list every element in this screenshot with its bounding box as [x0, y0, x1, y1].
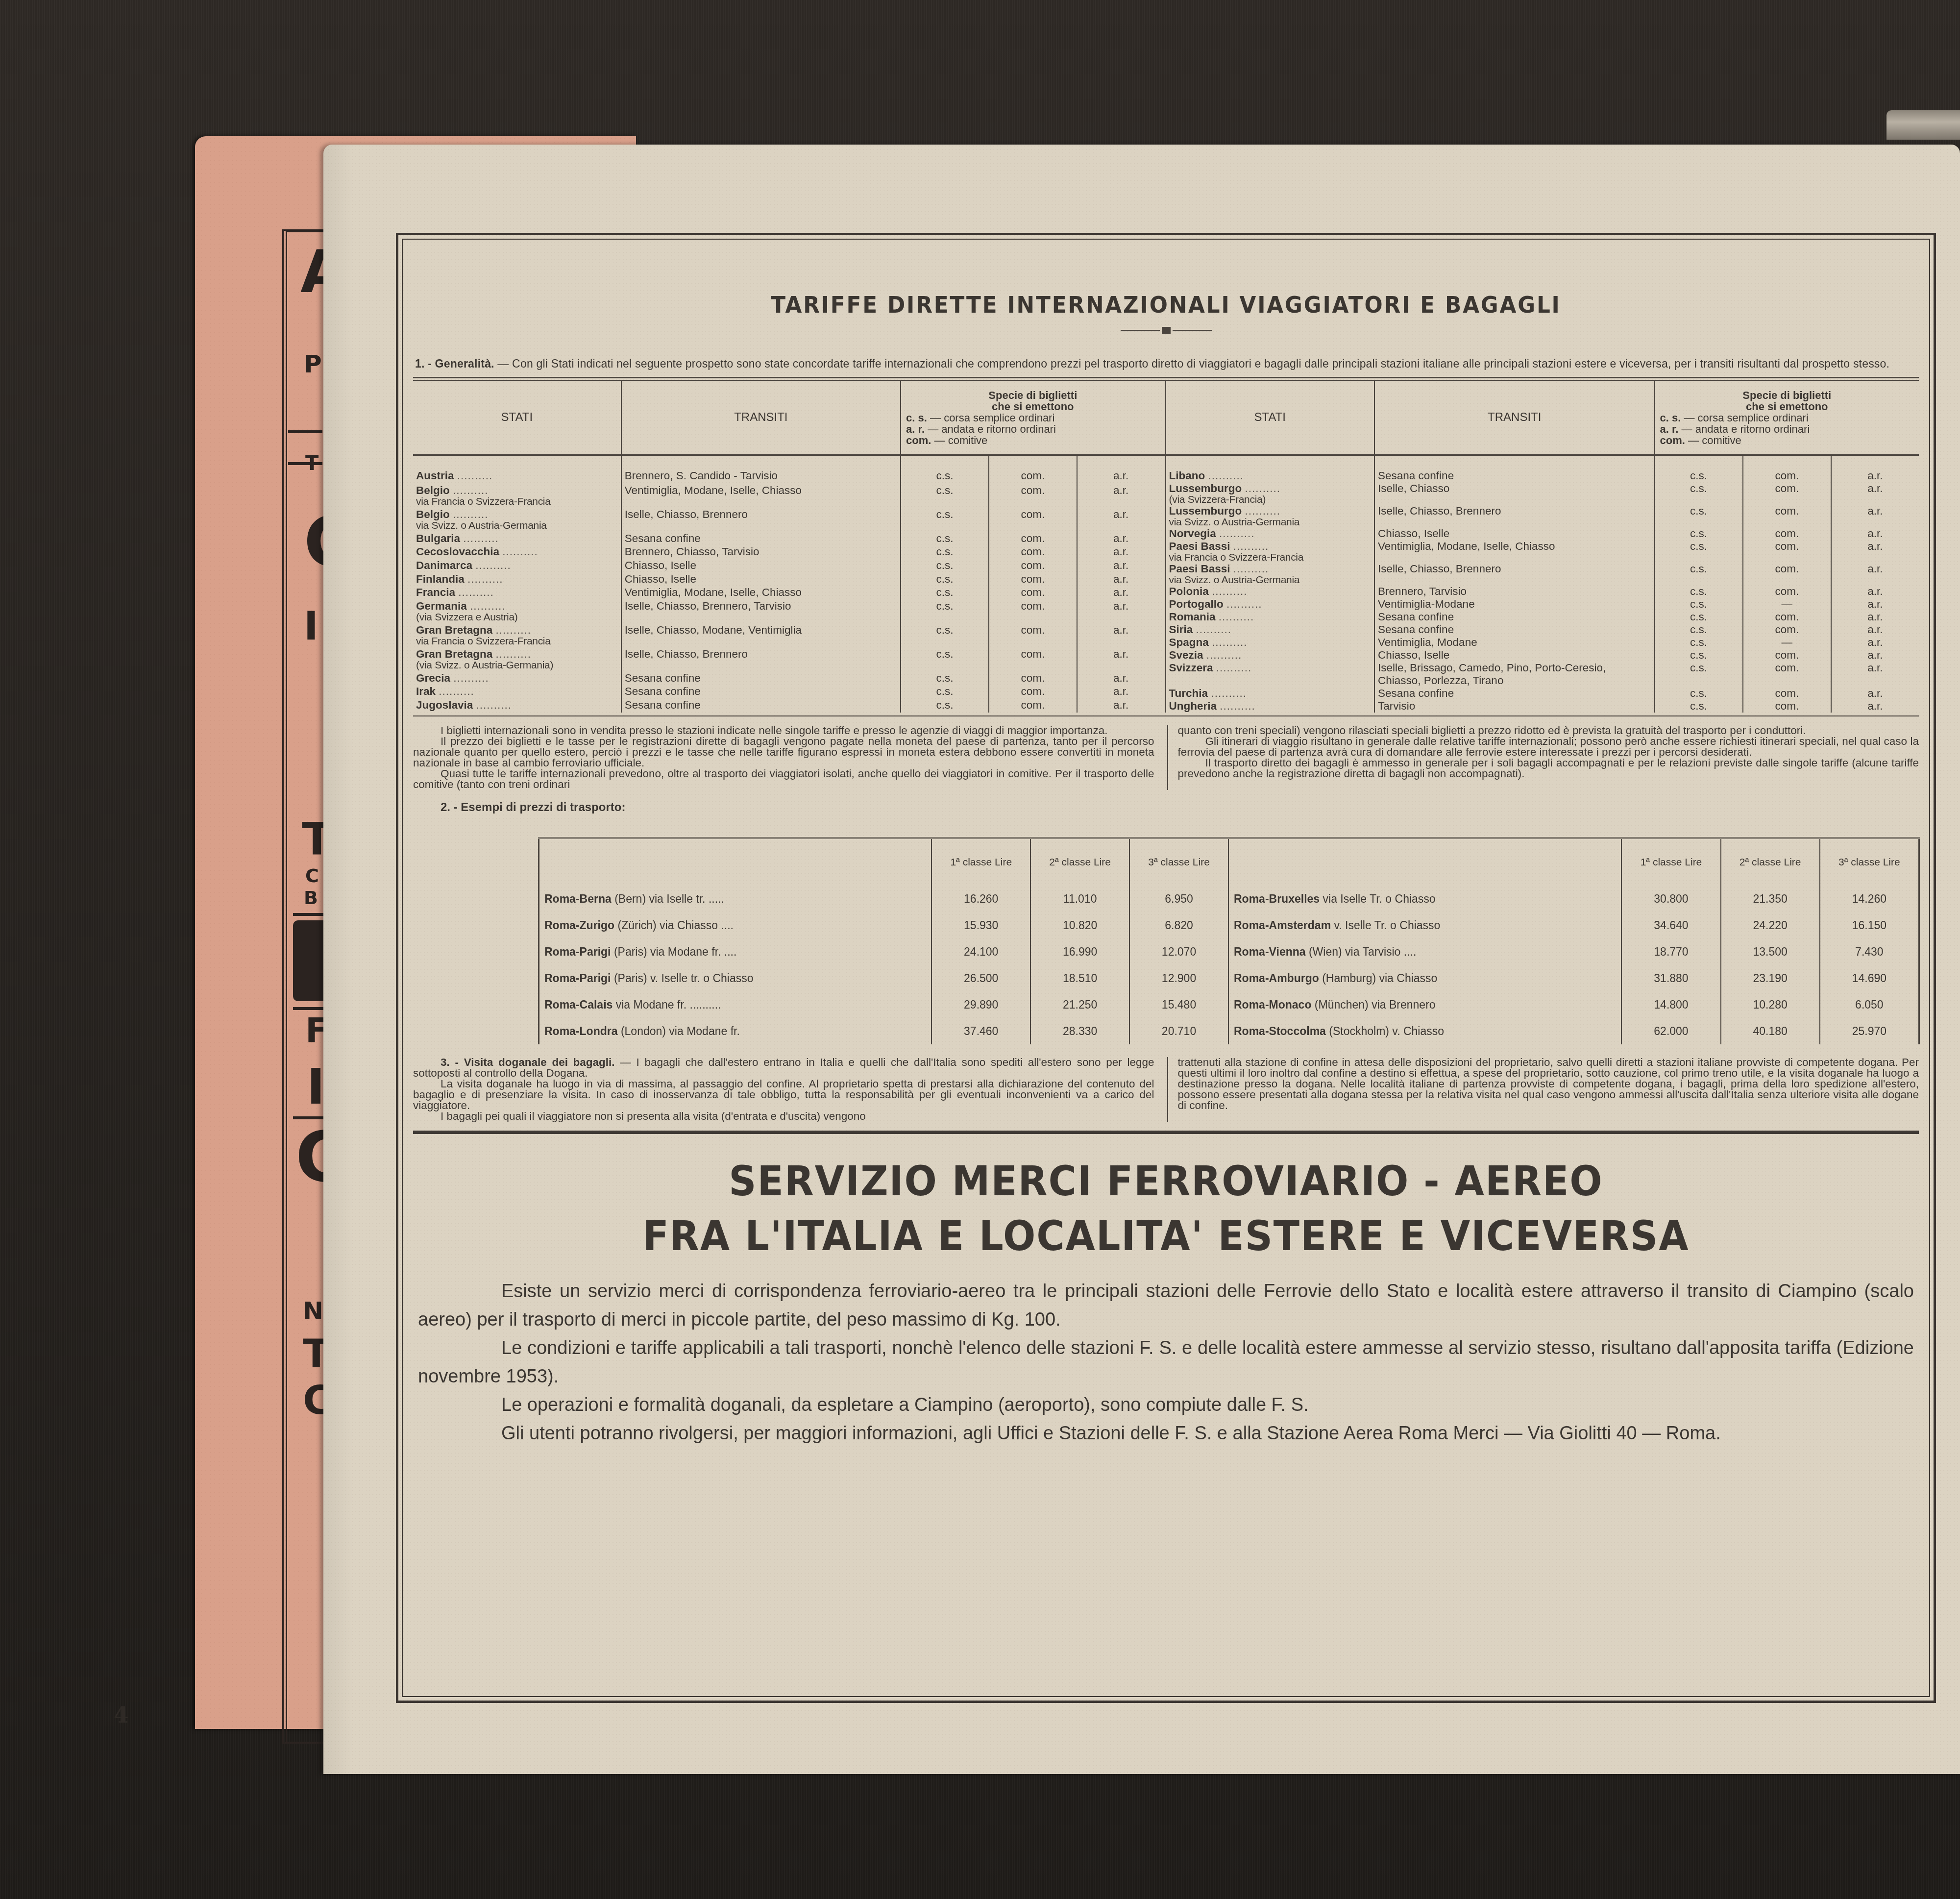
stato-cell: Turchia ..........	[1166, 687, 1375, 700]
paragraph: Le condizioni e tariffe applicabili a ta…	[418, 1334, 1914, 1391]
transiti-cell: Iselle, Chiasso, Brennero	[621, 508, 901, 532]
transiti-cell: Sesana confine	[621, 532, 901, 546]
merci-title: SERVIZIO MERCI FERROVIARIO - AEREO FRA L…	[466, 1154, 1866, 1263]
ar-cell: a.r.	[1831, 687, 1919, 700]
ar-cell: a.r.	[1077, 624, 1165, 648]
price-3rd-class: 12.070	[1129, 938, 1228, 965]
price-1st-class: 31.880	[1621, 965, 1720, 991]
paragraph: trattenuti alla stazione di confine in a…	[1178, 1057, 1919, 1111]
stato-cell: Norvegia ..........	[1166, 527, 1375, 540]
table-row: Turchia ..........Sesana confinec.s.com.…	[1166, 687, 1919, 700]
transiti-cell: Chiasso, Iselle	[621, 573, 901, 587]
ar-cell: a.r.	[1831, 700, 1919, 713]
table-row: Bulgaria ..........Sesana confinec.s.com…	[413, 532, 1165, 546]
com-cell: com.	[989, 532, 1077, 546]
price-row: Roma-Amburgo (Hamburg) via Chiasso31.880…	[1229, 965, 1919, 991]
paragraph: Gli itinerari di viaggio risultano in ge…	[1178, 736, 1919, 758]
price-3rd-class: 6.950	[1129, 886, 1228, 912]
timetable-page: TARIFFE DIRETTE INTERNAZIONALI VIAGGIATO…	[323, 145, 1960, 1774]
transiti-cell: Sesana confine	[621, 685, 901, 699]
tariff-table-right: STATI TRANSITI Specie di biglietti che s…	[1166, 381, 1919, 713]
cs-cell: c.s.	[1655, 505, 1743, 527]
cs-cell: c.s.	[1655, 585, 1743, 598]
transiti-cell: Brennero, Chiasso, Tarvisio	[621, 545, 901, 559]
paragraph: Quasi tutte le tariffe internazionali pr…	[413, 768, 1154, 790]
price-1st-class: 29.890	[931, 991, 1030, 1018]
cover-rule	[288, 430, 322, 433]
transiti-cell: Sesana confine	[1374, 687, 1655, 700]
ar-cell: a.r.	[1077, 685, 1165, 699]
paragraph: quanto con treni speciali) vengono rilas…	[1178, 725, 1919, 736]
transiti-cell: Iselle, Brissago, Camedo, Pino, Porto-Ce…	[1374, 662, 1655, 687]
table-row: Spagna ..........Ventimiglia, Modanec.s.…	[1166, 636, 1919, 649]
price-1st-class: 34.640	[1621, 912, 1720, 938]
cs-cell: c.s.	[1655, 540, 1743, 563]
price-1st-class: 30.800	[1621, 886, 1720, 912]
column-header-2nd-class: 2ª classe Lire	[1030, 839, 1129, 886]
column-header-transiti: TRANSITI	[621, 381, 901, 455]
column-header-transiti: TRANSITI	[1374, 381, 1655, 455]
price-1st-class: 26.500	[931, 965, 1030, 991]
cs-cell: c.s.	[901, 672, 989, 686]
transiti-cell: Brennero, S. Candido - Tarvisio	[621, 455, 901, 484]
cs-cell: c.s.	[901, 508, 989, 532]
transiti-cell: Iselle, Chiasso, Brennero	[1374, 563, 1655, 585]
column-header-stati: STATI	[413, 381, 621, 455]
table-row: Romania ..........Sesana confinec.s.com.…	[1166, 611, 1919, 623]
transiti-cell: Sesana confine	[1374, 623, 1655, 636]
transiti-cell: Sesana confine	[621, 699, 901, 713]
table-row: Francia ..........Ventimiglia, Modane, I…	[413, 586, 1165, 600]
stato-subtitle: via Francia o Svizzera-Francia	[1169, 553, 1372, 563]
cs-cell: c.s.	[1655, 455, 1743, 483]
com-cell: com.	[989, 672, 1077, 686]
ar-cell: a.r.	[1077, 508, 1165, 532]
stato-cell: Spagna ..........	[1166, 636, 1375, 649]
route-cell: Roma-Monaco (München) via Brennero	[1229, 991, 1621, 1018]
stato-cell: Grecia ..........	[413, 672, 621, 686]
notes-left-column: I biglietti internazionali sono in vendi…	[413, 725, 1154, 790]
table-row: Gran Bretagna ..........via Francia o Sv…	[413, 624, 1165, 648]
ar-cell: a.r.	[1077, 484, 1165, 508]
price-2nd-class: 11.010	[1030, 886, 1129, 912]
table-row: Paesi Bassi ..........via Francia o Sviz…	[1166, 540, 1919, 563]
cs-cell: c.s.	[901, 600, 989, 624]
cs-cell: c.s.	[901, 484, 989, 508]
ar-cell: a.r.	[1831, 505, 1919, 527]
com-cell: com.	[1743, 649, 1831, 662]
price-1st-class: 16.260	[931, 886, 1030, 912]
cover-letter: I	[307, 1062, 325, 1111]
merci-title-line: SERVIZIO MERCI FERROVIARIO - AEREO	[466, 1154, 1866, 1208]
com-cell: com.	[1743, 505, 1831, 527]
stato-cell: Portogallo ..........	[1166, 598, 1375, 611]
cs-cell: c.s.	[901, 532, 989, 546]
stato-cell: Ungheria ..........	[1166, 700, 1375, 713]
cover-rule	[288, 462, 322, 465]
com-cell: com.	[1743, 527, 1831, 540]
route-cell: Roma-Parigi (Paris) v. Iselle tr. o Chia…	[539, 965, 932, 991]
com-cell: —	[1743, 636, 1831, 649]
divider	[413, 377, 1919, 381]
table-row: Gran Bretagna ..........(via Svizz. o Au…	[413, 648, 1165, 672]
price-row: Roma-Parigi (Paris) v. Iselle tr. o Chia…	[539, 965, 1229, 991]
cs-cell: c.s.	[901, 685, 989, 699]
ar-cell: a.r.	[1831, 636, 1919, 649]
price-row: Roma-Amsterdam v. Iselle Tr. o Chiasso34…	[1229, 912, 1919, 938]
cs-cell: c.s.	[1655, 662, 1743, 687]
stato-cell: Paesi Bassi ..........via Francia o Sviz…	[1166, 540, 1375, 563]
stato-subtitle: (via Svizzera-Francia)	[1169, 495, 1372, 505]
transiti-cell: Brennero, Tarvisio	[1374, 585, 1655, 598]
com-cell: com.	[989, 624, 1077, 648]
table-row: Siria ..........Sesana confinec.s.com.a.…	[1166, 623, 1919, 636]
transiti-cell: Ventimiglia, Modane, Iselle, Chiasso	[621, 484, 901, 508]
merci-body: Esiste un servizio merci di corrisponden…	[413, 1277, 1919, 1448]
table-row: Norvegia ..........Chiasso, Isellec.s.co…	[1166, 527, 1919, 540]
transiti-cell: Chiasso, Iselle	[621, 559, 901, 573]
stato-cell: Francia ..........	[413, 586, 621, 600]
price-table-right: 1ª classe Lire 2ª classe Lire 3ª classe …	[1229, 839, 1920, 1044]
divider	[413, 715, 1919, 716]
com-cell: com.	[989, 699, 1077, 713]
route-cell: Roma-Calais via Modane fr. ..........	[539, 991, 932, 1018]
price-2nd-class: 10.280	[1721, 991, 1820, 1018]
price-2nd-class: 40.180	[1721, 1018, 1820, 1044]
price-3rd-class: 14.690	[1820, 965, 1919, 991]
cs-cell: c.s.	[901, 624, 989, 648]
paragraph: Il trasporto diretto dei bagagli è ammes…	[1178, 758, 1919, 779]
com-cell: com.	[989, 484, 1077, 508]
cs-cell: c.s.	[1655, 623, 1743, 636]
price-row: Roma-Londra (London) via Modane fr.37.46…	[539, 1018, 1229, 1044]
ar-cell: a.r.	[1077, 559, 1165, 573]
com-cell: com.	[1743, 623, 1831, 636]
ar-cell: a.r.	[1077, 648, 1165, 672]
price-row: Roma-Parigi (Paris) via Modane fr. ....2…	[539, 938, 1229, 965]
column-header-specie: Specie di biglietti che si emettono c. s…	[901, 381, 1165, 455]
stato-subtitle: via Francia o Svizzera-Francia	[416, 637, 618, 646]
price-row: Roma-Berna (Bern) via Iselle tr. .....16…	[539, 886, 1229, 912]
stato-cell: Finlandia ..........	[413, 573, 621, 587]
paragraph: I biglietti internazionali sono in vendi…	[413, 725, 1154, 736]
table-row: Paesi Bassi ..........via Svizz. o Austr…	[1166, 563, 1919, 585]
route-cell: Roma-Londra (London) via Modane fr.	[539, 1018, 932, 1044]
cs-cell: c.s.	[1655, 563, 1743, 585]
route-cell: Roma-Amburgo (Hamburg) via Chiasso	[1229, 965, 1621, 991]
price-1st-class: 14.800	[1621, 991, 1720, 1018]
cs-cell: c.s.	[901, 545, 989, 559]
cs-cell: c.s.	[901, 699, 989, 713]
com-cell: com.	[1743, 482, 1831, 505]
section-heading: 1. - Generalità.	[415, 357, 494, 370]
table-row: Finlandia ..........Chiasso, Isellec.s.c…	[413, 573, 1165, 587]
general-notes: I biglietti internazionali sono in vendi…	[413, 725, 1919, 790]
stato-cell: Romania ..........	[1166, 611, 1375, 623]
ar-cell: a.r.	[1831, 540, 1919, 563]
price-3rd-class: 7.430	[1820, 938, 1919, 965]
ar-cell: a.r.	[1077, 699, 1165, 713]
customs-section: 3. - Visita doganale dei bagagli. — I ba…	[413, 1057, 1919, 1122]
page-number: 4	[114, 1703, 129, 1728]
price-2nd-class: 24.220	[1721, 912, 1820, 938]
route-cell: Roma-Parigi (Paris) via Modane fr. ....	[539, 938, 932, 965]
price-2nd-class: 16.990	[1030, 938, 1129, 965]
table-row: Portogallo ..........Ventimiglia-Modanec…	[1166, 598, 1919, 611]
ar-cell: a.r.	[1831, 649, 1919, 662]
table-row: Ungheria ..........Tarvisioc.s.com.a.r.	[1166, 700, 1919, 713]
column-header-specie: Specie di biglietti che si emettono c. s…	[1655, 381, 1919, 455]
price-table-left: 1ª classe Lire 2ª classe Lire 3ª classe …	[538, 839, 1229, 1044]
cs-cell: c.s.	[901, 573, 989, 587]
stato-cell: Cecoslovacchia ..........	[413, 545, 621, 559]
table-row: Grecia ..........Sesana confinec.s.com.a…	[413, 672, 1165, 686]
price-row: Roma-Monaco (München) via Brennero14.800…	[1229, 991, 1919, 1018]
table-row: Belgio ..........via Francia o Svizzera-…	[413, 484, 1165, 508]
com-cell: com.	[1743, 700, 1831, 713]
ar-cell: a.r.	[1831, 563, 1919, 585]
transiti-cell: Chiasso, Iselle	[1374, 649, 1655, 662]
price-3rd-class: 20.710	[1129, 1018, 1228, 1044]
com-cell: com.	[1743, 455, 1831, 483]
paragraph: Le operazioni e formalità doganali, da e…	[418, 1391, 1914, 1419]
stato-cell: Siria ..........	[1166, 623, 1375, 636]
section-heading-esempi: 2. - Esempi di prezzi di trasporto:	[441, 801, 1919, 814]
cs-cell: c.s.	[1655, 611, 1743, 623]
ar-cell: a.r.	[1831, 598, 1919, 611]
cs-cell: c.s.	[901, 559, 989, 573]
cs-cell: c.s.	[1655, 598, 1743, 611]
page-frame: TARIFFE DIRETTE INTERNAZIONALI VIAGGIATO…	[396, 233, 1936, 1703]
cs-cell: c.s.	[901, 455, 989, 484]
cs-cell: c.s.	[1655, 527, 1743, 540]
price-1st-class: 15.930	[931, 912, 1030, 938]
com-cell: —	[1743, 598, 1831, 611]
price-1st-class: 62.000	[1621, 1018, 1720, 1044]
stato-cell: Germania ..........(via Svizzera e Austr…	[413, 600, 621, 624]
page-stack-edge	[1886, 110, 1960, 140]
com-cell: com.	[989, 685, 1077, 699]
com-cell: com.	[989, 545, 1077, 559]
route-cell: Roma-Berna (Bern) via Iselle tr. .....	[539, 886, 932, 912]
stato-cell: Austria ..........	[413, 455, 621, 484]
ar-cell: a.r.	[1077, 573, 1165, 587]
com-cell: com.	[989, 600, 1077, 624]
price-2nd-class: 21.350	[1721, 886, 1820, 912]
price-2nd-class: 10.820	[1030, 912, 1129, 938]
price-2nd-class: 28.330	[1030, 1018, 1129, 1044]
notes-right-column: quanto con treni speciali) vengono rilas…	[1167, 725, 1919, 790]
cs-cell: c.s.	[1655, 636, 1743, 649]
cs-cell: c.s.	[1655, 482, 1743, 505]
cs-cell: c.s.	[901, 648, 989, 672]
stato-cell: Paesi Bassi ..........via Svizz. o Austr…	[1166, 563, 1375, 585]
table-row: Lussemburgo ..........(via Svizzera-Fran…	[1166, 482, 1919, 505]
price-3rd-class: 16.150	[1820, 912, 1919, 938]
stato-cell: Belgio ..........via Francia o Svizzera-…	[413, 484, 621, 508]
customs-right-column: trattenuti alla stazione di confine in a…	[1167, 1057, 1919, 1122]
transiti-cell: Sesana confine	[1374, 611, 1655, 623]
com-cell: com.	[989, 648, 1077, 672]
route-cell: Roma-Stoccolma (Stockholm) v. Chiasso	[1229, 1018, 1621, 1044]
cover-letter: C	[305, 866, 319, 885]
table-row: Austria ..........Brennero, S. Candido -…	[413, 455, 1165, 484]
com-cell: com.	[1743, 585, 1831, 598]
cs-cell: c.s.	[1655, 700, 1743, 713]
transiti-cell: Iselle, Chiasso, Brennero	[1374, 505, 1655, 527]
transiti-cell: Iselle, Chiasso	[1374, 482, 1655, 505]
table-row: Danimarca ..........Chiasso, Isellec.s.c…	[413, 559, 1165, 573]
ar-cell: a.r.	[1831, 662, 1919, 687]
stato-cell: Belgio ..........via Svizz. o Austria-Ge…	[413, 508, 621, 532]
tariff-tables: STATI TRANSITI Specie di biglietti che s…	[413, 381, 1919, 713]
com-cell: com.	[989, 559, 1077, 573]
stato-cell: Danimarca ..........	[413, 559, 621, 573]
table-row: Svizzera ..........Iselle, Brissago, Cam…	[1166, 662, 1919, 687]
ar-cell: a.r.	[1077, 586, 1165, 600]
ar-cell: a.r.	[1077, 545, 1165, 559]
stato-subtitle: via Svizz. o Austria-Germania	[1169, 575, 1372, 585]
ar-cell: a.r.	[1831, 611, 1919, 623]
ar-cell: a.r.	[1831, 527, 1919, 540]
ar-cell: a.r.	[1831, 585, 1919, 598]
stato-cell: Libano ..........	[1166, 455, 1375, 483]
ar-cell: a.r.	[1077, 455, 1165, 484]
cs-cell: c.s.	[901, 586, 989, 600]
price-row: Roma-Vienna (Wien) via Tarvisio ....18.7…	[1229, 938, 1919, 965]
column-header-1st-class: 1ª classe Lire	[931, 839, 1030, 886]
price-2nd-class: 21.250	[1030, 991, 1129, 1018]
section-generalita: 1. - Generalità. — Con gli Stati indicat…	[413, 357, 1919, 370]
transiti-cell: Iselle, Chiasso, Brennero	[621, 648, 901, 672]
table-row: Polonia ..........Brennero, Tarvisioc.s.…	[1166, 585, 1919, 598]
price-1st-class: 18.770	[1621, 938, 1720, 965]
price-row: Roma-Calais via Modane fr. ..........29.…	[539, 991, 1229, 1018]
price-3rd-class: 6.050	[1820, 991, 1919, 1018]
paragraph: La visita doganale ha luogo in via di ma…	[413, 1079, 1154, 1111]
transiti-cell: Tarvisio	[1374, 700, 1655, 713]
table-row: Lussemburgo ..........via Svizz. o Austr…	[1166, 505, 1919, 527]
transiti-cell: Iselle, Chiasso, Brennero, Tarvisio	[621, 600, 901, 624]
route-cell: Roma-Zurigo (Zürich) via Chiasso ....	[539, 912, 932, 938]
price-2nd-class: 18.510	[1030, 965, 1129, 991]
column-header-3rd-class: 3ª classe Lire	[1129, 839, 1228, 886]
price-examples: 1ª classe Lire 2ª classe Lire 3ª classe …	[538, 837, 1920, 1044]
table-row: Germania ..........(via Svizzera e Austr…	[413, 600, 1165, 624]
ar-cell: a.r.	[1831, 455, 1919, 483]
transiti-cell: Iselle, Chiasso, Modane, Ventimiglia	[621, 624, 901, 648]
stato-cell: Gran Bretagna ..........via Francia o Sv…	[413, 624, 621, 648]
stato-subtitle: via Svizz. o Austria-Germania	[416, 521, 618, 531]
price-row: Roma-Bruxelles via Iselle Tr. o Chiasso3…	[1229, 886, 1919, 912]
table-row: Svezia ..........Chiasso, Isellec.s.com.…	[1166, 649, 1919, 662]
stato-cell: Irak ..........	[413, 685, 621, 699]
stato-cell: Lussemburgo ..........(via Svizzera-Fran…	[1166, 482, 1375, 505]
table-row: Irak ..........Sesana confinec.s.com.a.r…	[413, 685, 1165, 699]
stato-cell: Jugoslavia ..........	[413, 699, 621, 713]
stato-subtitle: (via Svizzera e Austria)	[416, 613, 618, 622]
price-3rd-class: 12.900	[1129, 965, 1228, 991]
stato-cell: Lussemburgo ..........via Svizz. o Austr…	[1166, 505, 1375, 527]
price-1st-class: 24.100	[931, 938, 1030, 965]
cs-cell: c.s.	[1655, 649, 1743, 662]
route-cell: Roma-Bruxelles via Iselle Tr. o Chiasso	[1229, 886, 1621, 912]
stato-subtitle: (via Svizz. o Austria-Germania)	[416, 661, 618, 670]
tariff-table-left: STATI TRANSITI Specie di biglietti che s…	[413, 381, 1166, 713]
table-row: Jugoslavia ..........Sesana confinec.s.c…	[413, 699, 1165, 713]
transiti-cell: Sesana confine	[621, 672, 901, 686]
title-ornament	[413, 327, 1919, 334]
paragraph: I bagagli pei quali il viaggiatore non s…	[413, 1111, 1154, 1122]
column-header-1st-class: 1ª classe Lire	[1621, 839, 1720, 886]
stato-cell: Polonia ..........	[1166, 585, 1375, 598]
transiti-cell: Sesana confine	[1374, 455, 1655, 483]
ar-cell: a.r.	[1077, 672, 1165, 686]
ar-cell: a.r.	[1831, 623, 1919, 636]
transiti-cell: Ventimiglia, Modane	[1374, 636, 1655, 649]
column-header-stati: STATI	[1166, 381, 1375, 455]
price-row: Roma-Zurigo (Zürich) via Chiasso ....15.…	[539, 912, 1229, 938]
cover-letter: I	[304, 607, 318, 646]
price-3rd-class: 6.820	[1129, 912, 1228, 938]
merci-title-line: FRA L'ITALIA E LOCALITA' ESTERE E VICEVE…	[466, 1208, 1866, 1263]
cover-letter: P	[304, 352, 322, 376]
divider	[413, 1131, 1919, 1134]
cs-cell: c.s.	[1655, 687, 1743, 700]
route-cell: Roma-Amsterdam v. Iselle Tr. o Chiasso	[1229, 912, 1621, 938]
ar-cell: a.r.	[1831, 482, 1919, 505]
price-3rd-class: 25.970	[1820, 1018, 1919, 1044]
com-cell: com.	[989, 455, 1077, 484]
com-cell: com.	[989, 586, 1077, 600]
transiti-cell: Ventimiglia, Modane, Iselle, Chiasso	[621, 586, 901, 600]
com-cell: com.	[989, 573, 1077, 587]
paragraph: Gli utenti potranno rivolgersi, per magg…	[418, 1419, 1914, 1448]
ar-cell: a.r.	[1077, 532, 1165, 546]
table-row: Belgio ..........via Svizz. o Austria-Ge…	[413, 508, 1165, 532]
com-cell: com.	[989, 508, 1077, 532]
page-title: TARIFFE DIRETTE INTERNAZIONALI VIAGGIATO…	[451, 292, 1881, 318]
price-1st-class: 37.460	[931, 1018, 1030, 1044]
section-text: — Con gli Stati indicati nel seguente pr…	[497, 357, 1889, 370]
paragraph: Esiste un servizio merci di corrisponden…	[418, 1277, 1914, 1334]
price-3rd-class: 15.480	[1129, 991, 1228, 1018]
com-cell: com.	[1743, 563, 1831, 585]
customs-left-column: 3. - Visita doganale dei bagagli. — I ba…	[413, 1057, 1154, 1122]
table-row: Cecoslovacchia ..........Brennero, Chias…	[413, 545, 1165, 559]
price-2nd-class: 13.500	[1721, 938, 1820, 965]
column-header-3rd-class: 3ª classe Lire	[1820, 839, 1919, 886]
paragraph: Il prezzo dei biglietti e le tasse per l…	[413, 736, 1154, 768]
stato-cell: Gran Bretagna ..........(via Svizz. o Au…	[413, 648, 621, 672]
price-3rd-class: 14.260	[1820, 886, 1919, 912]
price-2nd-class: 23.190	[1721, 965, 1820, 991]
stato-cell: Svezia ..........	[1166, 649, 1375, 662]
route-cell: Roma-Vienna (Wien) via Tarvisio ....	[1229, 938, 1621, 965]
transiti-cell: Ventimiglia-Modane	[1374, 598, 1655, 611]
stato-subtitle: via Francia o Svizzera-Francia	[416, 497, 618, 507]
stato-subtitle: via Svizz. o Austria-Germania	[1169, 518, 1372, 527]
cover-letter: N	[303, 1299, 323, 1323]
com-cell: com.	[1743, 662, 1831, 687]
transiti-cell: Ventimiglia, Modane, Iselle, Chiasso	[1374, 540, 1655, 563]
com-cell: com.	[1743, 540, 1831, 563]
stato-cell: Bulgaria ..........	[413, 532, 621, 546]
table-row: Libano ..........Sesana confinec.s.com.a…	[1166, 455, 1919, 483]
cover-letter: B	[304, 888, 318, 907]
stato-cell: Svizzera ..........	[1166, 662, 1375, 687]
column-header-2nd-class: 2ª classe Lire	[1721, 839, 1820, 886]
